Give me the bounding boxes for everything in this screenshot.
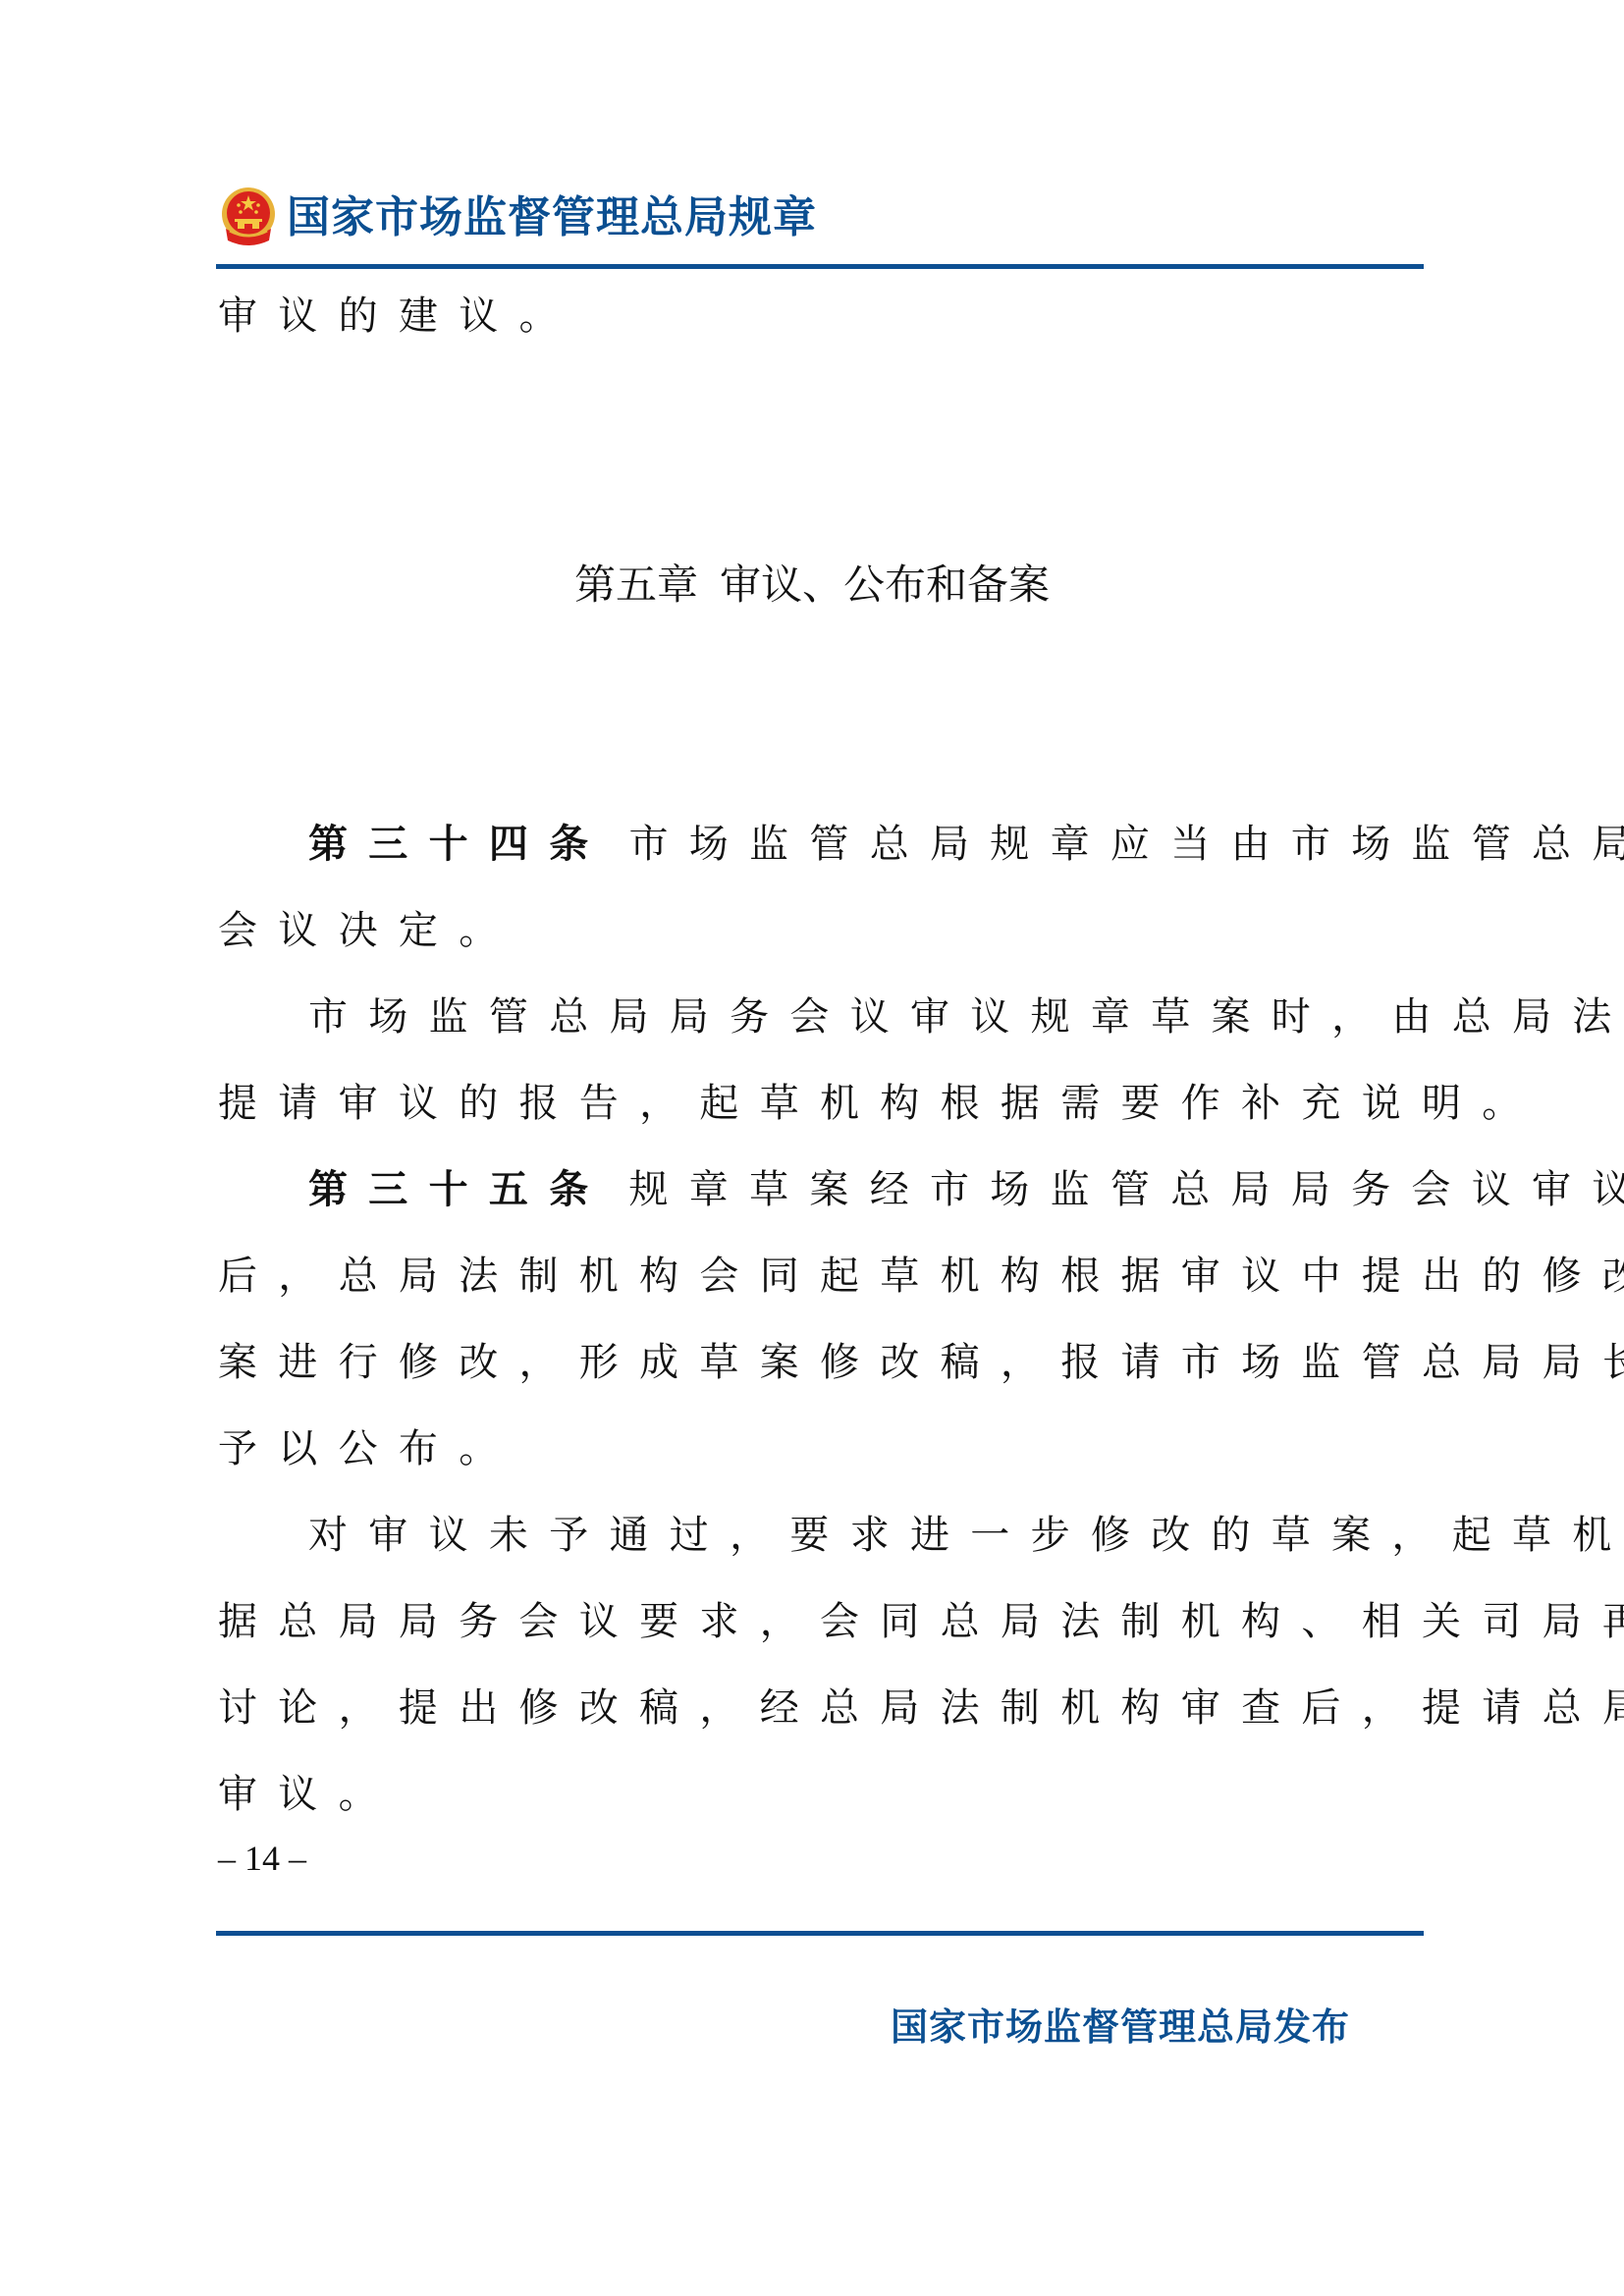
article-34-first-line: 第三十四条市场监管总局规章应当由市场监管总局局务 xyxy=(308,825,1624,864)
footer-divider xyxy=(216,1931,1424,1936)
paragraph-line: 提请审议的报告，起草机构根据需要作补充说明。 xyxy=(218,1084,1543,1123)
paragraph-line: 讨论，提出修改稿，经总局法制机构审查后，提请总局局务会议 xyxy=(218,1688,1624,1728)
header-divider xyxy=(216,264,1424,269)
article-label: 第三十四条 xyxy=(308,822,610,867)
paragraph-line: 对审议未予通过，要求进一步修改的草案，起草机构应当根 xyxy=(308,1516,1624,1555)
article-label: 第三十五条 xyxy=(308,1167,610,1212)
paragraph-line: 市场监管总局局务会议审议规章草案时，由总局法制机构作 xyxy=(308,997,1624,1037)
page-header: 国家市场监督管理总局规章 xyxy=(218,183,817,253)
paragraph-line: 予以公布。 xyxy=(218,1429,519,1468)
document-page: 国家市场监督管理总局规章 审议的建议。 第三十四条市场监管总局规章应当由市场监管… xyxy=(0,0,1624,2296)
paragraph-line: 规章草案经市场监管总局局务会议审议通过 xyxy=(629,1167,1624,1212)
article-35-first-line: 第三十五条规章草案经市场监管总局局务会议审议通过 xyxy=(308,1170,1624,1209)
chapter-heading: 第五章审议、公布和备案 xyxy=(0,564,1624,606)
paragraph-line: 后，总局法制机构会同起草机构根据审议中提出的修改意见对草 xyxy=(218,1256,1624,1296)
paragraph-line: 会议决定。 xyxy=(218,911,519,950)
chapter-number: 第五章 xyxy=(574,561,698,609)
paragraph-line: 市场监管总局规章应当由市场监管总局局务 xyxy=(629,822,1624,867)
paragraph-line: 案进行修改，形成草案修改稿，报请市场监管总局局长签署命令， xyxy=(218,1343,1624,1382)
carryover-text: 审议的建议。 xyxy=(218,296,579,336)
chapter-name: 审议、公布和备案 xyxy=(720,561,1050,609)
header-title: 国家市场监督管理总局规章 xyxy=(287,196,817,240)
national-emblem-icon xyxy=(218,186,279,250)
page-number: – 14 – xyxy=(218,1838,306,1879)
footer-publisher: 国家市场监督管理总局发布 xyxy=(891,2008,1350,2046)
paragraph-line: 据总局局务会议要求，会同总局法制机构、相关司局再次协调、 xyxy=(218,1602,1624,1641)
paragraph-line: 审议。 xyxy=(218,1775,399,1814)
